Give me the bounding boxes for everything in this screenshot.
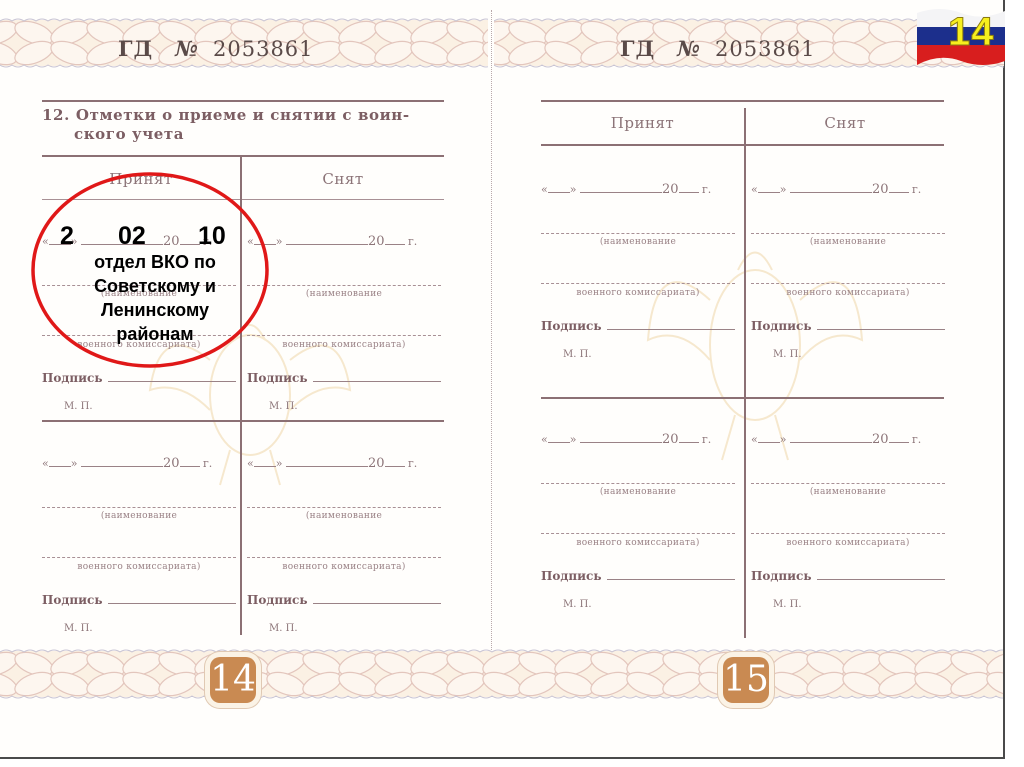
commissariat-name-line-1[interactable] bbox=[247, 507, 441, 508]
stamp-placeholder: М. П. bbox=[269, 401, 298, 412]
stamp-placeholder: М. П. bbox=[64, 623, 93, 634]
commissariat-name-line-1[interactable] bbox=[42, 507, 236, 508]
serial-number-right: ГД№2053861 bbox=[620, 36, 816, 61]
date-field[interactable]: «» 20 г. bbox=[247, 456, 441, 470]
signature-field[interactable]: Подпись bbox=[541, 319, 735, 333]
commissariat-name-line-1[interactable] bbox=[751, 233, 945, 234]
commissariat-name-line-1[interactable] bbox=[541, 483, 735, 484]
annotation-day: 2 bbox=[60, 222, 74, 251]
commissariat-name-line-2[interactable] bbox=[751, 533, 945, 534]
registration-entry: «» 20 г. (наименование военного комиссар… bbox=[42, 456, 236, 686]
stamp-placeholder: М. П. bbox=[64, 401, 93, 412]
serial-number-left: ГД№2053861 bbox=[118, 36, 314, 61]
registration-entry: «» 20 г. (наименование военного комиссар… bbox=[541, 432, 735, 662]
registration-entry: «» 20 г. (наименование военного комиссар… bbox=[751, 432, 945, 662]
slide-number: 14 bbox=[948, 10, 995, 55]
column-header-removed: Снят bbox=[242, 170, 444, 188]
commissariat-name-line-1[interactable] bbox=[247, 285, 441, 286]
commissariat-name-line-1[interactable] bbox=[751, 483, 945, 484]
stamp-placeholder: М. П. bbox=[563, 349, 592, 360]
date-field[interactable]: «» 20 г. bbox=[541, 182, 735, 196]
page-fold bbox=[491, 10, 492, 650]
registration-entry: «» 20 г. (наименование военного комиссар… bbox=[247, 234, 441, 464]
signature-field[interactable]: Подпись bbox=[42, 593, 236, 607]
signature-field[interactable]: Подпись bbox=[751, 319, 945, 333]
date-field[interactable]: «» 20 г. bbox=[751, 182, 945, 196]
date-field[interactable]: «» 20 г. bbox=[751, 432, 945, 446]
signature-field[interactable]: Подпись bbox=[751, 569, 945, 583]
registration-entry: «» 20 г. (наименование военного комиссар… bbox=[751, 182, 945, 412]
commissariat-name-line-2[interactable] bbox=[247, 557, 441, 558]
column-header-accepted: Принят bbox=[541, 114, 744, 132]
commissariat-name-line-2[interactable] bbox=[751, 283, 945, 284]
registration-annotation: 2 02 10 отдел ВКО по Советскому и Ленинс… bbox=[30, 170, 270, 370]
page-number-right: 15 bbox=[723, 657, 769, 703]
commissariat-name-line-2[interactable] bbox=[541, 533, 735, 534]
signature-field[interactable]: Подпись bbox=[247, 371, 441, 385]
date-field[interactable]: «» 20 г. bbox=[247, 234, 441, 248]
commissariat-name-line-2[interactable] bbox=[247, 335, 441, 336]
stamp-placeholder: М. П. bbox=[563, 599, 592, 610]
rule bbox=[541, 144, 944, 146]
rule bbox=[42, 100, 444, 102]
signature-field[interactable]: Подпись bbox=[541, 569, 735, 583]
registration-entry: «» 20 г. (наименование военного комиссар… bbox=[541, 182, 735, 412]
rule bbox=[42, 155, 444, 157]
registration-entry: «» 20 г. (наименование военного комиссар… bbox=[247, 456, 441, 686]
rule bbox=[541, 100, 944, 102]
column-divider bbox=[744, 108, 746, 638]
signature-field[interactable]: Подпись bbox=[247, 593, 441, 607]
annotation-year: 10 bbox=[198, 222, 226, 251]
column-header-removed: Снят bbox=[746, 114, 944, 132]
stamp-placeholder: М. П. bbox=[269, 623, 298, 634]
stamp-placeholder: М. П. bbox=[773, 599, 802, 610]
date-field[interactable]: «» 20 г. bbox=[541, 432, 735, 446]
commissariat-name-line-2[interactable] bbox=[42, 557, 236, 558]
stamp-placeholder: М. П. bbox=[773, 349, 802, 360]
signature-field[interactable]: Подпись bbox=[42, 371, 236, 385]
annotation-month: 02 bbox=[118, 222, 146, 251]
annotation-commissariat: отдел ВКО по Советскому и Ленинскому рай… bbox=[60, 250, 250, 346]
commissariat-name-line-2[interactable] bbox=[541, 283, 735, 284]
date-field[interactable]: «» 20 г. bbox=[42, 456, 236, 470]
section-heading: 12.Отметки о приеме и снятии с воин- ско… bbox=[42, 106, 452, 144]
commissariat-name-line-1[interactable] bbox=[541, 233, 735, 234]
page-number-left: 14 bbox=[210, 657, 256, 703]
